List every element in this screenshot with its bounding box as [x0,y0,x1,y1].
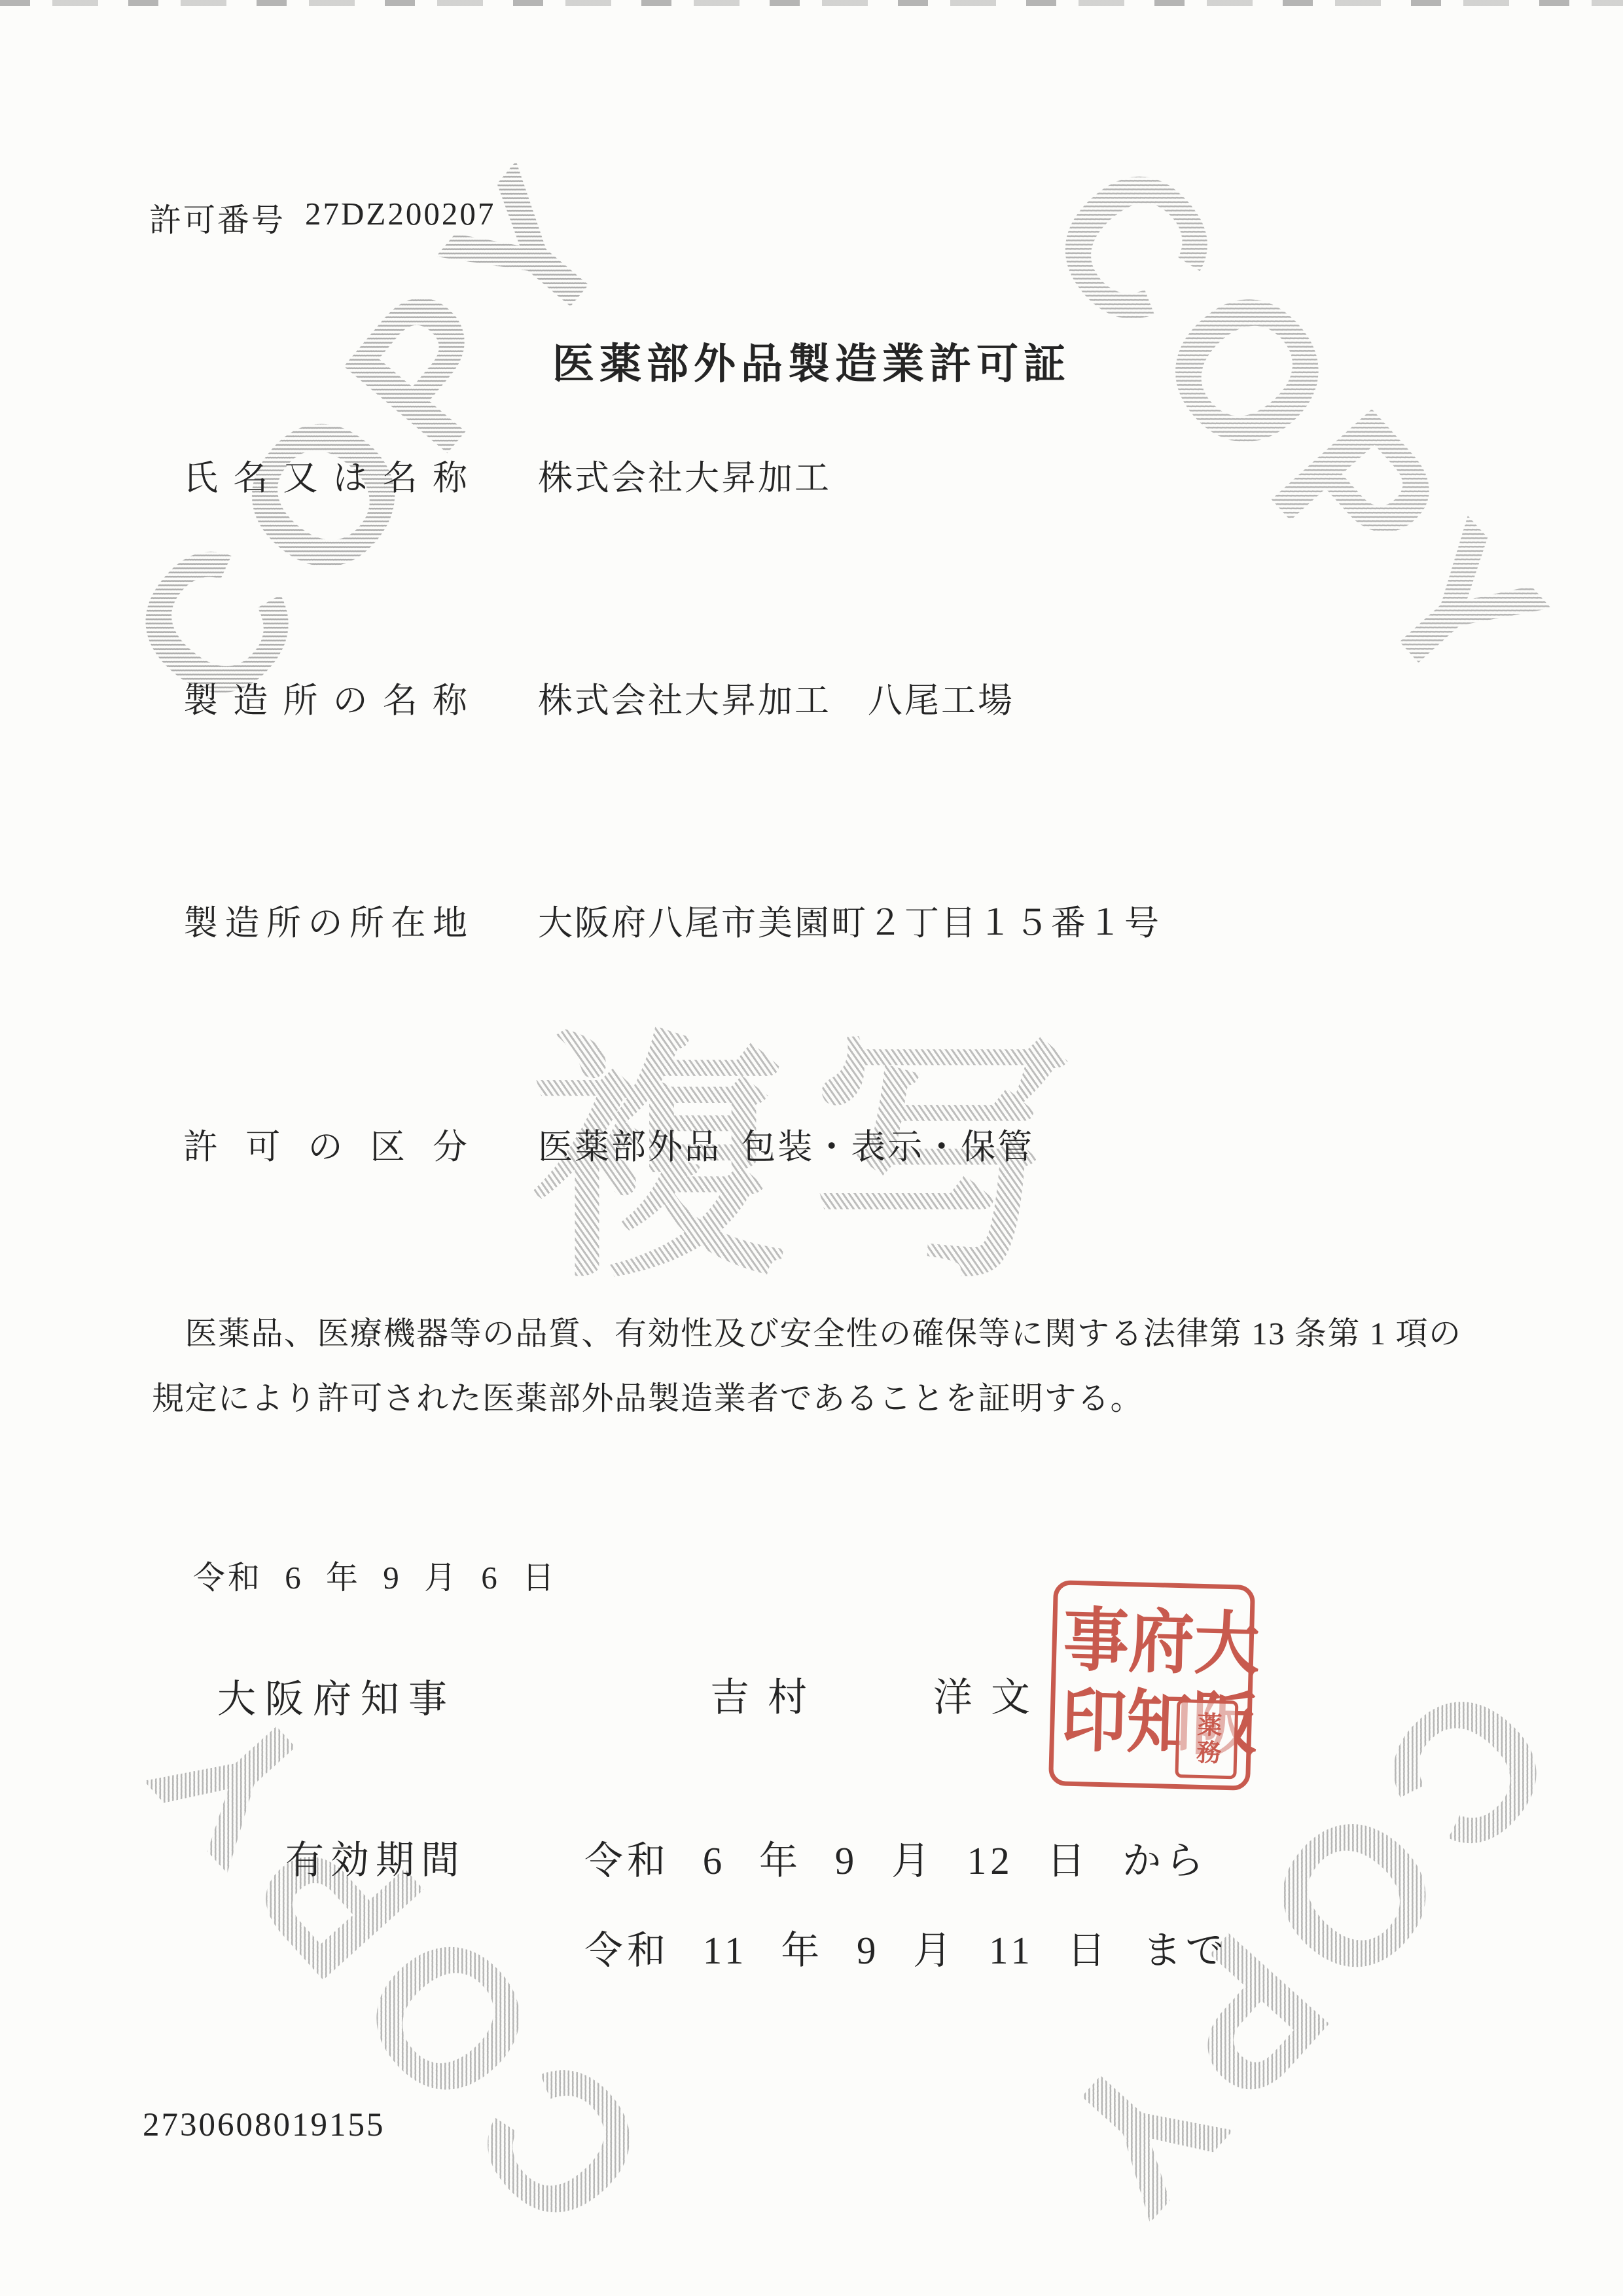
document-title: 医薬部外品製造業許可証 [0,331,1623,391]
field-value-site-address: 大阪府八尾市美園町２丁目１５番１号 [538,895,1161,945]
seal-column-left: 事印 [1054,1602,1123,1765]
issue-date: 令和 6 年 9 月 6 日 [193,1552,557,1598]
field-label-site-name: 製造所の名称 [183,673,467,723]
field-label-name: 氏名又は名称 [183,450,467,500]
field-label-site-address: 製造所の所在地 [183,895,467,945]
validity-to-date: 令和 11 年 9 月 11 日 まで [584,1919,1228,1975]
field-value-name: 株式会社大昇加工 [538,450,831,500]
certification-paragraph-line1: 医薬品、医療機器等の品質、有効性及び安全性の確保等に関する法律第 13 条第 1… [152,1301,1513,1366]
certification-paragraph: 医薬品、医療機器等の品質、有効性及び安全性の確保等に関する法律第 13 条第 1… [152,1301,1513,1431]
issuer-title: 大阪府知事 [217,1668,456,1723]
field-label-license-category: 許可の区分 [183,1119,467,1169]
validity-label: 有効期間 [285,1829,466,1884]
license-number-value: 27DZ200207 [305,195,495,241]
field-value-site-name: 株式会社大昇加工 八尾工場 [538,673,1014,723]
copy-watermark-top-right: COPY [1002,117,1602,747]
certification-paragraph-line2: 規定により許可された医薬部外品製造業者であることを証明する。 [152,1366,1513,1431]
governor-official-seal: 事印 府知 大阪 薬務 [1048,1580,1255,1791]
license-number-label: 許可番号 [149,195,285,241]
document-serial-number: 2730608019155 [143,2106,385,2144]
validity-from-date: 令和 6 年 9 月 12 日 から [584,1829,1207,1885]
seal-sub-stamp: 薬務 [1175,1699,1238,1779]
license-certificate-page: COPY COPY COPY COPY 複写 許可番号 27DZ200207 医… [0,0,1623,2296]
issuer-name: 吉村 洋文 [710,1666,1048,1723]
field-value-license-category: 医薬部外品 包装・表示・保管 [538,1119,1034,1169]
scan-artifact-top [0,0,1623,6]
license-number-line: 許可番号 27DZ200207 [149,195,495,241]
